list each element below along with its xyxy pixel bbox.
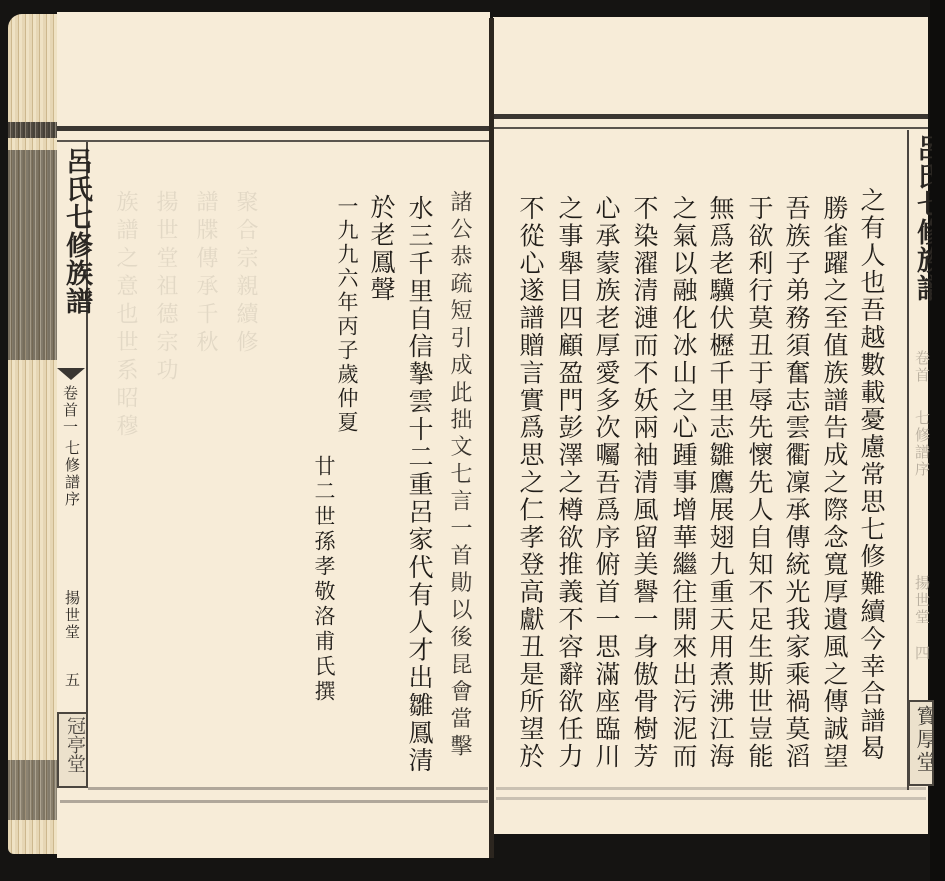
- show-through-text: 揚世堂祖德宗功: [150, 190, 181, 386]
- bottom-border-rule: [496, 797, 926, 800]
- open-book: 呂氏七修族譜 卷首一 七修譜序 揚世堂 五 冠亭堂 呂氏七修族譜 卷首 七修譜序…: [0, 0, 945, 881]
- text-column: 不染濯清漣而不妖兩袖清風留美譽一身傲骨樹芳: [630, 195, 658, 770]
- edge-ink-band: [8, 122, 58, 138]
- banxin-title-block: 呂氏七修族譜: [57, 143, 85, 368]
- bottom-border-rule: [496, 787, 926, 790]
- banxin-section: 七修譜序: [62, 440, 83, 508]
- banxin-bottom-mark: 寳厚堂: [911, 705, 934, 774]
- text-column: 無爲老驥伏櫪千里志雛鷹展翅九重天用煮沸江海: [706, 195, 734, 770]
- text-column: 心承蒙族老厚愛多次囑吾爲序俯首一思滿座臨川: [592, 195, 620, 770]
- top-border-rule: [57, 140, 489, 142]
- top-border-rule: [494, 127, 928, 129]
- banxin-volume: 卷首一: [60, 385, 81, 436]
- text-column: 之有人也吾越數載憂慮常思七修難續今幸合譜曷: [857, 187, 885, 762]
- banxin-bottom-block: 寳厚堂: [908, 700, 934, 786]
- text-column: 諸公恭疏短引成此拙文七言一首勛以後昆會當擊: [445, 190, 473, 761]
- book-gutter: [489, 18, 494, 858]
- text-column: 水三千里自信摯雲十二重呂家代有人才出雛鳳清: [405, 195, 433, 775]
- banxin-page-number: 四: [912, 645, 933, 662]
- fishtail-mark: [57, 368, 85, 380]
- text-column: 于欲利行莫丑于辱先懷先人自知不足生斯世豈能: [745, 195, 773, 770]
- banxin-title-block: 呂氏七修族譜: [908, 132, 932, 340]
- text-column: 吾族子弟務須奮志雲衢凜承傳統光我家乘禍莫滔: [782, 195, 810, 770]
- text-column: 之氣以融化冰山之心踵事增華繼往開來出污泥而: [669, 195, 697, 770]
- show-through-text: 譜牒傳承千秋: [190, 190, 221, 358]
- edge-ink-band: [8, 150, 58, 360]
- top-border-rule: [57, 126, 489, 131]
- text-column: 勝雀躍之至值族譜告成之際念寬厚遺風之傳誠望: [820, 195, 848, 770]
- author-signature: 廿二世孫孝敬洛甫氏撰: [310, 455, 338, 705]
- show-through-text: 族譜之意也世系昭穆: [110, 190, 141, 442]
- banxin-volume: 卷首: [912, 350, 933, 384]
- text-column: 於老鳳聲: [367, 194, 395, 304]
- banxin-page-number: 五: [62, 672, 83, 689]
- bottom-border-rule: [60, 800, 488, 803]
- banxin-bottom-block: 冠亭堂: [57, 712, 88, 788]
- text-column: 不從心遂譜贈言實爲思之仁孝登高獻丑是所望於: [516, 195, 544, 770]
- edge-ink-band: [8, 760, 58, 820]
- show-through-text: 聚合宗親續修: [230, 190, 261, 358]
- banxin-bottom-mark: 冠亭堂: [62, 716, 89, 773]
- top-border-rule: [494, 114, 928, 119]
- banxin-title: 呂氏七修族譜: [908, 134, 932, 302]
- banxin-title: 呂氏七修族譜: [57, 147, 96, 315]
- date-column: 一九九六年丙子歲仲夏: [333, 195, 361, 435]
- bottom-border-rule: [88, 787, 488, 790]
- banxin-hall: 揚世堂: [912, 575, 933, 626]
- banxin-hall: 揚世堂: [62, 590, 83, 641]
- text-column: 之事舉目四顧盈門彭澤之樽欲推義不容辭欲任力: [555, 195, 583, 770]
- banxin-section: 七修譜序: [912, 410, 933, 478]
- page-stack-edge: [8, 14, 58, 854]
